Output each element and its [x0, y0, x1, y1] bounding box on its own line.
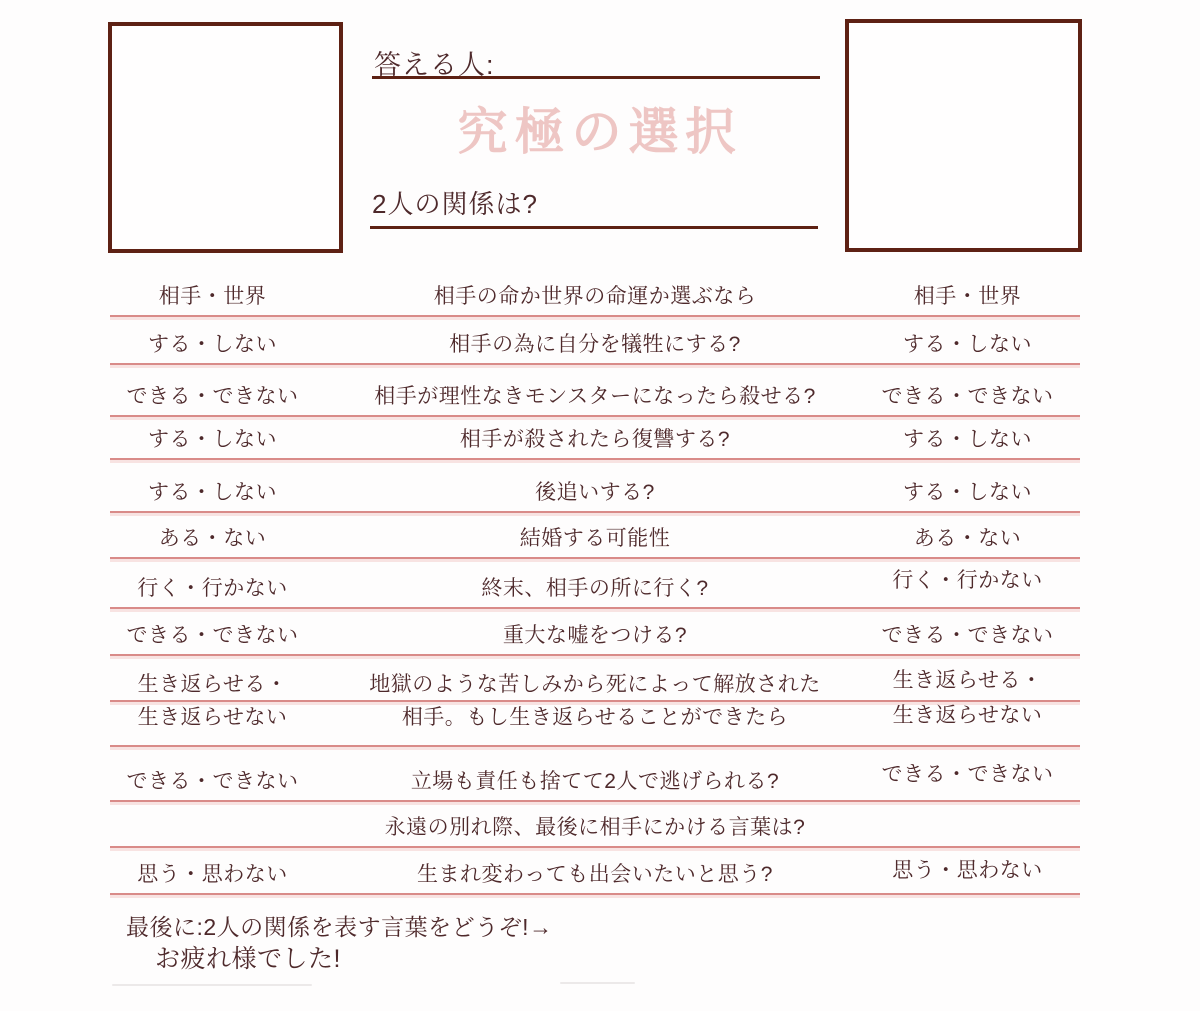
page-title: 究極の選択: [400, 92, 800, 164]
right-option[interactable]: できる・できない: [855, 619, 1080, 649]
question-text: 後追いする?: [335, 476, 855, 506]
question-text: 相手が殺されたら復讐する?: [335, 423, 855, 453]
question-text: 重大な嘘をつける?: [335, 619, 855, 649]
left-option[interactable]: する・しない: [110, 328, 315, 358]
question-text: 結婚する可能性: [335, 522, 855, 552]
relationship-label: 2人の関係は?: [372, 184, 538, 221]
left-option[interactable]: 生き返らせない: [110, 701, 315, 731]
right-option[interactable]: できる・できない: [855, 380, 1080, 410]
question-text: 相手。もし生き返らせることができたら: [335, 701, 855, 731]
question-row-10: できる・できない 立場も責任も捨てて2人で逃げられる? できる・できない: [110, 766, 1080, 802]
question-row-9-line-2: 生き返らせない 相手。もし生き返らせることができたら 生き返らせない: [110, 707, 1080, 747]
question-row-4: する・しない 相手が殺されたら復讐する? する・しない: [110, 426, 1080, 460]
question-text: 生まれ変わっても出会いたいと思う?: [335, 858, 855, 888]
answerer-blank-line[interactable]: [372, 76, 820, 79]
questionnaire-sheet: 答える人: 究極の選択 2人の関係は? 相手・世界 相手の命か世界の命運か選ぶな…: [0, 0, 1200, 1011]
left-option[interactable]: ある・ない: [110, 522, 315, 552]
question-row-9-line-1: 生き返らせる・ 地獄のような苦しみから死によって解放された 生き返らせる・: [110, 671, 1080, 702]
right-option[interactable]: する・しない: [855, 423, 1080, 453]
question-text: 相手の命か世界の命運か選ぶなら: [335, 280, 855, 310]
left-option[interactable]: 相手・世界: [110, 280, 315, 310]
right-option[interactable]: 生き返らせない: [855, 699, 1080, 729]
question-row-2: する・しない 相手の為に自分を犠牲にする? する・しない: [110, 331, 1080, 365]
question-row-3: できる・できない 相手が理性なきモンスターになったら殺せる? できる・できない: [110, 382, 1080, 417]
question-text: 相手が理性なきモンスターになったら殺せる?: [335, 380, 855, 410]
question-text: 相手の為に自分を犠牲にする?: [335, 328, 855, 358]
right-option[interactable]: 相手・世界: [855, 280, 1080, 310]
faint-smudge: [112, 984, 312, 986]
question-row-7: 行く・行かない 終末、相手の所に行く? 行く・行かない: [110, 571, 1080, 609]
left-option[interactable]: できる・できない: [110, 765, 315, 795]
left-option[interactable]: 生き返らせる・: [110, 668, 315, 698]
question-row-11: 永遠の別れ際、最後に相手にかける言葉は?: [110, 814, 1080, 848]
right-character-box[interactable]: [845, 19, 1082, 252]
right-option[interactable]: ある・ない: [855, 522, 1080, 552]
right-option[interactable]: 行く・行かない: [855, 564, 1080, 594]
left-option[interactable]: する・しない: [110, 423, 315, 453]
left-option[interactable]: する・しない: [110, 476, 315, 506]
final-prompt: 最後に:2人の関係を表す言葉をどうぞ!→: [126, 909, 553, 942]
right-option[interactable]: する・しない: [855, 328, 1080, 358]
left-option[interactable]: 行く・行かない: [110, 572, 315, 602]
right-option[interactable]: する・しない: [855, 476, 1080, 506]
question-text: 立場も責任も捨てて2人で逃げられる?: [335, 765, 855, 795]
right-option[interactable]: 生き返らせる・: [855, 664, 1080, 694]
closing-text: お疲れ様でした!: [155, 939, 341, 975]
relationship-blank-line[interactable]: [370, 226, 818, 229]
left-character-box[interactable]: [108, 22, 343, 253]
right-option[interactable]: できる・できない: [855, 758, 1080, 788]
right-option[interactable]: 思う・思わない: [855, 854, 1080, 884]
question-row-8: できる・できない 重大な嘘をつける? できる・できない: [110, 621, 1080, 656]
question-text: 永遠の別れ際、最後に相手にかける言葉は?: [335, 811, 855, 841]
faint-smudge: [560, 982, 635, 984]
question-row-12: 思う・思わない 生まれ変わっても出会いたいと思う? 思う・思わない: [110, 860, 1080, 895]
question-text: 終末、相手の所に行く?: [335, 572, 855, 602]
left-option[interactable]: できる・できない: [110, 619, 315, 649]
question-row-6: ある・ない 結婚する可能性 ある・ない: [110, 524, 1080, 559]
question-row-1: 相手・世界 相手の命か世界の命運か選ぶなら 相手・世界: [110, 283, 1080, 317]
left-option[interactable]: 思う・思わない: [110, 858, 315, 888]
question-row-5: する・しない 後追いする? する・しない: [110, 477, 1080, 513]
left-option[interactable]: できる・できない: [110, 380, 315, 410]
question-text: 地獄のような苦しみから死によって解放された: [335, 668, 855, 698]
